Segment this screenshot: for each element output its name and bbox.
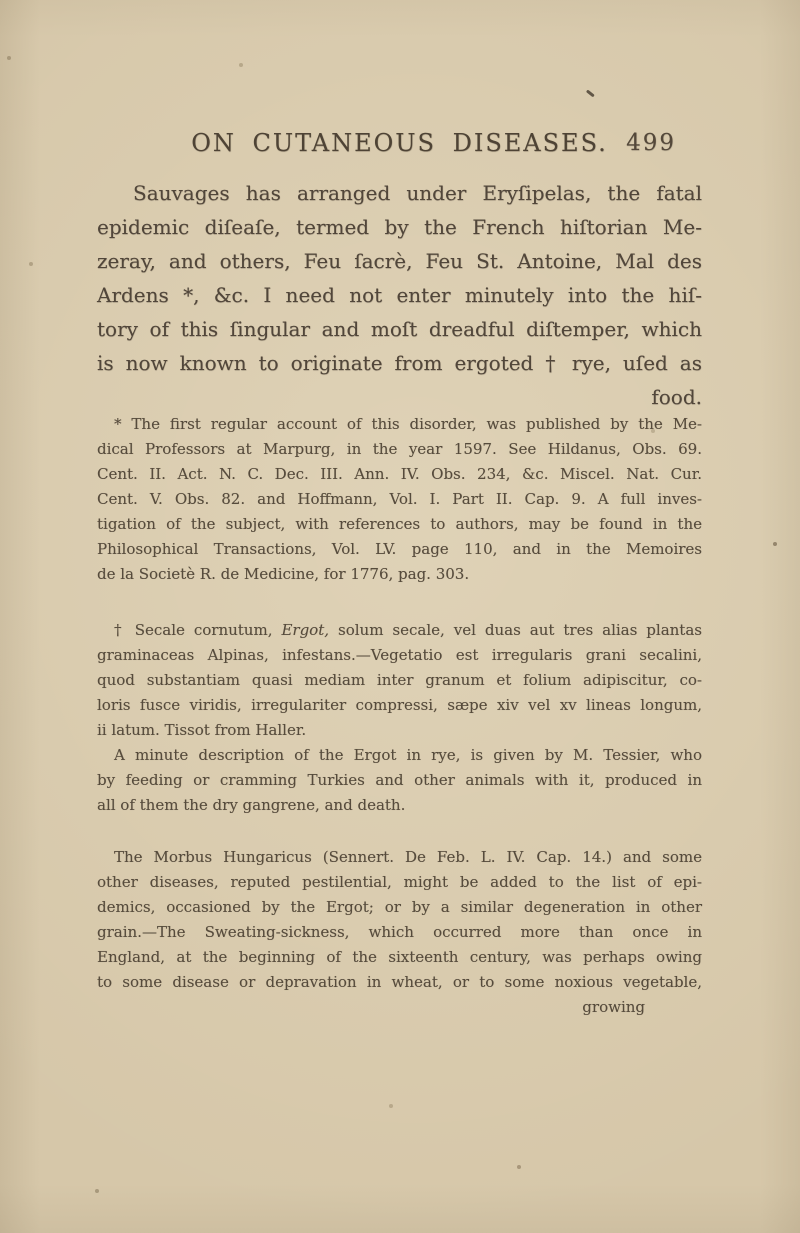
ink-tick-artifact: [586, 89, 595, 97]
text-line: Philosophical Transactions, Vol. LV. pag…: [97, 537, 702, 562]
footnote-morbus-hungaricus: The Morbus Hungaricus (Sennert. De Feb. …: [97, 845, 702, 1020]
catchword: growing: [97, 995, 702, 1020]
paper-specks: [0, 0, 2, 2]
text-line: Ardens *, &c. I need not enter minutely …: [97, 278, 702, 312]
running-header: ON CUTANEOUS DISEASES. 499: [97, 129, 702, 163]
footnote-lines: † Secale cornutum, Ergot, solum secale, …: [97, 618, 702, 718]
text-line: zeray, and others, Feu ſacrè, Feu St. An…: [97, 244, 702, 278]
text-line: The Morbus Hungaricus (Sennert. De Feb. …: [97, 845, 702, 870]
text-line: Cent. II. Act. N. C. Dec. III. Ann. IV. …: [97, 462, 702, 487]
text-line: grain.—The Sweating-sickness, which occu…: [97, 920, 702, 945]
footnote-lines: * The first regular account of this diso…: [97, 412, 702, 562]
text-line: Cent. V. Obs. 82. and Hoffmann, Vol. I. …: [97, 487, 702, 512]
footnotes-section: * The first regular account of this diso…: [97, 412, 702, 1020]
text-line: tigation of the subject, with references…: [97, 512, 702, 537]
text-line: tory of this ſingular and moſt dreadful …: [97, 312, 702, 346]
main-paragraph-last-word: food.: [97, 380, 702, 414]
text-line: A minute description of the Ergot in rye…: [97, 743, 702, 768]
main-paragraph: Sauvages has arranged under Eryſipelas, …: [97, 176, 702, 414]
text-line: quod substantiam quasi mediam inter gran…: [97, 668, 702, 693]
text-line: Sauvages has arranged under Eryſipelas, …: [97, 176, 702, 210]
text-line: to some disease or depravation in wheat,…: [97, 970, 702, 995]
text-line: is now known to originate from ergoted †…: [97, 346, 702, 380]
page-number: 499: [626, 130, 676, 156]
text-line: by feeding or cramming Turkies and other…: [97, 768, 702, 793]
text-line: loris fusce viridis, irregulariter compr…: [97, 693, 702, 718]
main-paragraph-lines: Sauvages has arranged under Eryſipelas, …: [97, 176, 702, 380]
text-line: other diseases, reputed pestilential, mi…: [97, 870, 702, 895]
text-line: England, at the beginning of the sixteen…: [97, 945, 702, 970]
book-page: ON CUTANEOUS DISEASES. 499 Sauvages has …: [0, 0, 800, 1233]
text-line: dical Professors at Marpurg, in the year…: [97, 437, 702, 462]
footnote-dagger: † Secale cornutum, Ergot, solum secale, …: [97, 618, 702, 818]
footnote-asterisk: * The first regular account of this diso…: [97, 412, 702, 587]
footnote-last-line: all of them the dry gangrene, and death.: [97, 793, 702, 818]
text-line: epidemic diſeaſe, termed by the French h…: [97, 210, 702, 244]
text-line: * The first regular account of this diso…: [97, 412, 702, 437]
text-line: † Secale cornutum, Ergot, solum secale, …: [97, 618, 702, 643]
text-line: graminaceas Alpinas, infestans.—Vegetati…: [97, 643, 702, 668]
text-line: demics, occasioned by the Ergot; or by a…: [97, 895, 702, 920]
footnote-last-line: de la Societè R. de Medicine, for 1776, …: [97, 562, 702, 587]
footnote-last-line: ii latum. Tissot from Haller.: [97, 718, 702, 743]
footnote-lines: A minute description of the Ergot in rye…: [97, 743, 702, 793]
page-title: ON CUTANEOUS DISEASES.: [191, 129, 608, 157]
footnote-lines: The Morbus Hungaricus (Sennert. De Feb. …: [97, 845, 702, 995]
